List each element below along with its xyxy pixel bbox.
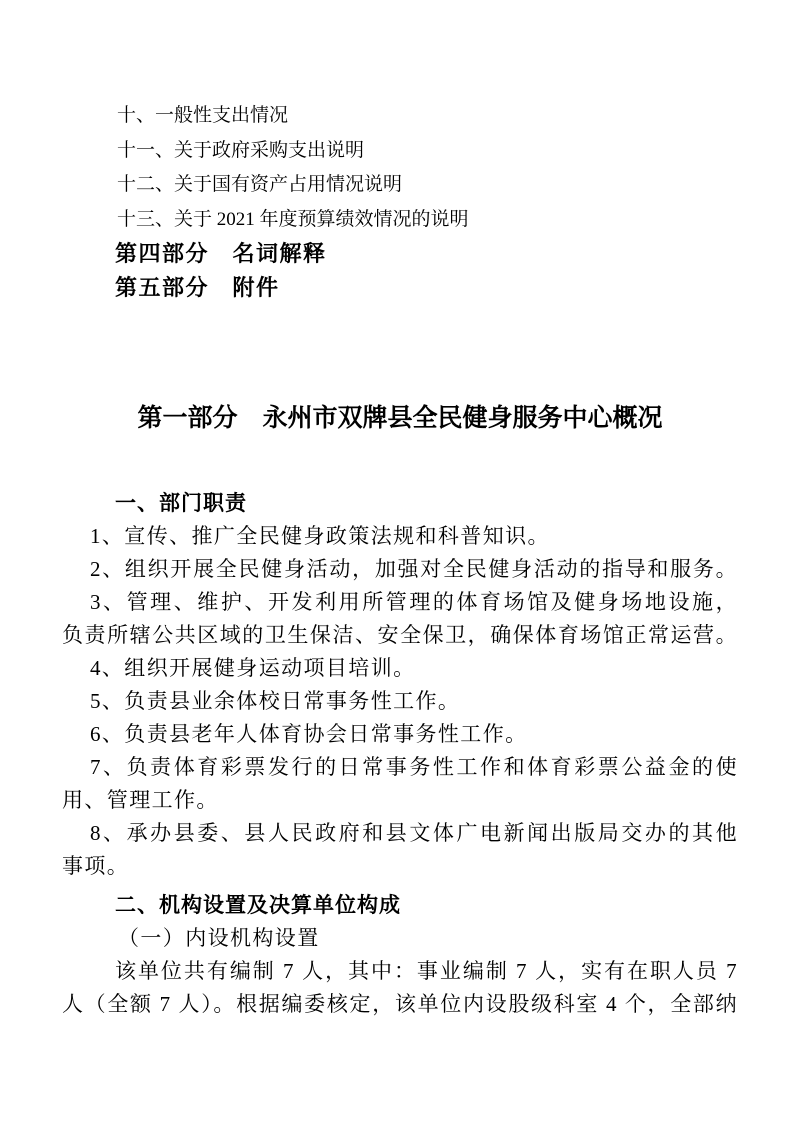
toc-item-12: 十二、关于国有资产占用情况说明 <box>62 168 738 203</box>
duty-line-2: 2、组织开展全民健身活动，加强对全民健身活动的指导和服务。 <box>62 553 738 586</box>
org-section-heading: 二、机构设置及决算单位构成 <box>62 889 738 922</box>
duty-line-7: 7、负责体育彩票发行的日常事务性工作和体育彩票公益金的使 <box>62 751 738 784</box>
part5-header: 第五部分 附件 <box>62 271 738 305</box>
duty-line-4: 4、组织开展健身运动项目培训。 <box>62 652 738 685</box>
duties-section-heading: 一、部门职责 <box>62 487 738 520</box>
duty-line-1: 1、宣传、推广全民健身政策法规和科普知识。 <box>62 520 738 553</box>
toc-item-11: 十一、关于政府采购支出说明 <box>62 134 738 169</box>
part-headers: 第四部分 名词解释 第五部分 附件 <box>62 237 738 304</box>
duty-line-8-cont: 事项。 <box>62 850 738 883</box>
duty-line-5: 5、负责县业余体校日常事务性工作。 <box>62 685 738 718</box>
document-page: 十、一般性支出情况 十一、关于政府采购支出说明 十二、关于国有资产占用情况说明 … <box>0 0 793 1122</box>
toc-item-13: 十三、关于 2021 年度预算绩效情况的说明 <box>62 203 738 238</box>
table-of-contents-tail: 十、一般性支出情况 十一、关于政府采购支出说明 十二、关于国有资产占用情况说明 … <box>62 0 738 237</box>
org-paragraph-line-1: 该单位共有编制 7 人，其中：事业编制 7 人，实有在职人员 7 <box>62 955 738 988</box>
part1-title: 第一部分 永州市双牌县全民健身服务中心概况 <box>62 397 738 440</box>
duty-line-6: 6、负责县老年人体育协会日常事务性工作。 <box>62 718 738 751</box>
toc-item-10: 十、一般性支出情况 <box>62 99 738 134</box>
part4-header: 第四部分 名词解释 <box>62 237 738 271</box>
org-paragraph-line-2: 人（全额 7 人）。根据编委核定，该单位内设股级科室 4 个，全部纳 <box>62 988 738 1021</box>
duty-line-3: 3、管理、维护、开发利用所管理的体育场馆及健身场地设施， <box>62 586 738 619</box>
duty-line-7-cont: 用、管理工作。 <box>62 784 738 817</box>
org-sub-heading: （一）内设机构设置 <box>62 922 738 955</box>
part1-body: 一、部门职责 1、宣传、推广全民健身政策法规和科普知识。 2、组织开展全民健身活… <box>62 487 738 1021</box>
duty-line-3-cont: 负责所辖公共区域的卫生保洁、安全保卫，确保体育场馆正常运营。 <box>62 619 738 652</box>
page-content: 十、一般性支出情况 十一、关于政府采购支出说明 十二、关于国有资产占用情况说明 … <box>62 0 738 1021</box>
duty-line-8: 8、承办县委、县人民政府和县文体广电新闻出版局交办的其他 <box>62 817 738 850</box>
